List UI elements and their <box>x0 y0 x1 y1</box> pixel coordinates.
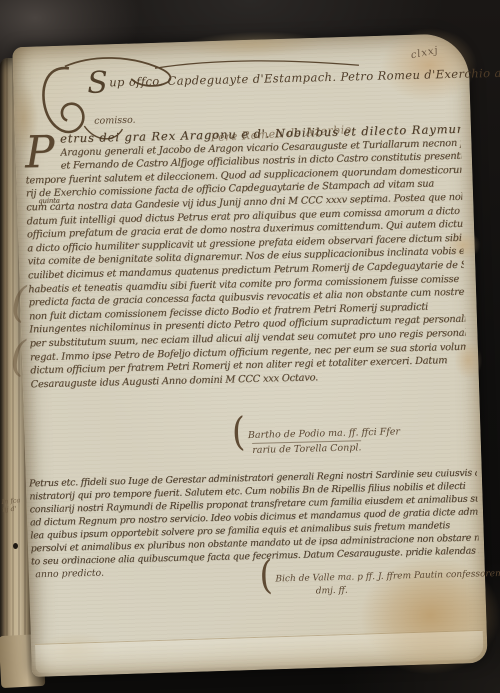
chancery-note-2: ( Bich de Valle ma. p ff. J. ffrem Pauti… <box>275 568 500 599</box>
chancery-note-line: rariu de Torella Conpl. <box>252 440 361 457</box>
chancery-note-line: dmj. ff. <box>316 580 500 597</box>
interlinear-correction: quinta <box>38 195 60 209</box>
chancery-note-1: ( Bartho de Podio ma. ff. ffci Ffer rari… <box>248 426 401 457</box>
page-content: clxxj Sup offco. Capdeguayte d'Estampach… <box>14 35 485 676</box>
ink-blot <box>13 543 18 549</box>
mandate-text-block: Petrus etc. ffideli suo Iuge de Gerestar… <box>29 466 479 568</box>
chancery-note-line: Bartho de Podio ma. ff. ffci Ffer <box>248 426 400 441</box>
charter-text-block: P quinta etrus dei gra Rex Aragonu e d'.… <box>25 123 467 392</box>
marginal-note: In fca iij d' <box>1 496 21 514</box>
document-heading: Sup offco. Capdeguayte d'Estampach. Petr… <box>41 61 451 71</box>
margin-flourish: ( <box>9 331 27 380</box>
chancery-bracket: ( <box>259 569 273 584</box>
parchment-page: clxxj Sup offco. Capdeguayte d'Estampach… <box>12 33 488 677</box>
marginal-note-line: iij d' <box>2 504 21 514</box>
charter-dropcap-initial: P <box>25 133 61 172</box>
heading-initial-letter: S <box>87 65 109 101</box>
manuscript-photo: clxxj Sup offco. Capdeguayte d'Estampach… <box>0 0 500 693</box>
folio-number: clxxj <box>410 45 440 61</box>
chancery-bracket: ( <box>232 425 246 440</box>
mandate-closing: anno predicto. <box>35 568 104 581</box>
heading-subscript: comisso. <box>94 115 136 127</box>
margin-flourish: ( <box>10 277 28 326</box>
